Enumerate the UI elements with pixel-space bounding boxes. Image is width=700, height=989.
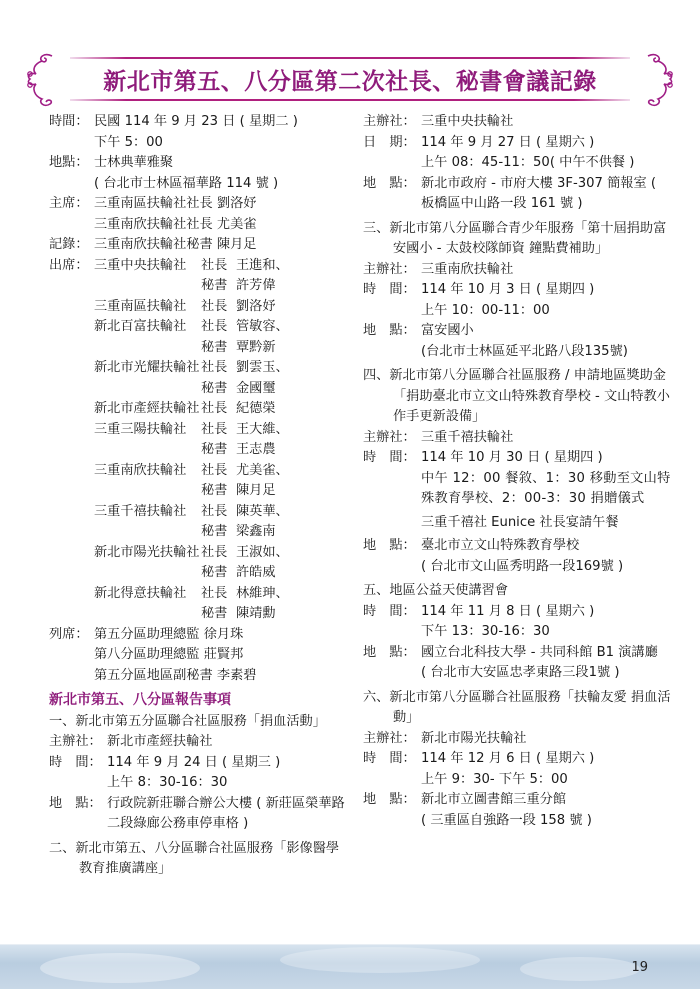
- attendee-name: 許皓威: [236, 563, 276, 584]
- attendee-role: 社長: [201, 399, 236, 420]
- field-value: 下午 13：30-16：30: [363, 622, 673, 643]
- field-value: 第八分區助理總監 莊賢邦: [49, 645, 349, 666]
- attendee-role: 社長: [201, 358, 236, 379]
- attendee-row: 新北百富扶輪社社長管敏容、: [49, 317, 349, 338]
- report-field: 地 點：行政院新莊聯合辦公大樓 ( 新莊區榮華路二段綠廊公務車停車格 ): [49, 794, 349, 835]
- field-value: 三重南欣扶輪社社長 尤美雀: [49, 215, 349, 236]
- attendee-row: 新北市陽光扶輪社社長王淑如、: [49, 543, 349, 564]
- footer-band: 19: [0, 944, 700, 989]
- attendee-role: 社長: [201, 420, 236, 441]
- report-field: 時 間：114 年 11 月 8 日 ( 星期六 ): [363, 602, 673, 623]
- attendee-club: [94, 276, 201, 297]
- field-value: 行政院新莊聯合辦公大樓 ( 新莊區榮華路二段綠廊公務車停車格 ): [107, 794, 349, 835]
- field-value: (台北市士林區延平北路八段135號): [363, 342, 673, 363]
- field-value: 上午 8：30-16：30: [49, 773, 349, 794]
- field-value: 114 年 9 月 24 日 ( 星期三 ): [107, 753, 349, 774]
- field-value: 三重中央扶輪社: [421, 112, 673, 133]
- report-field: 時 間：114 年 10 月 3 日 ( 星期四 ): [363, 280, 673, 301]
- field-label: 地 點：: [363, 643, 421, 664]
- attendee-row: 秘書陳靖勳: [49, 604, 349, 625]
- title-banner: 新北市第五、八分區第二次社長、秘書會議記錄: [22, 52, 678, 108]
- attendee-name: 陳靖勳: [236, 604, 276, 625]
- attendee-role: 秘書: [201, 276, 236, 297]
- field-label: 地 點：: [363, 536, 421, 557]
- attendee-club: 三重千禧扶輪社: [94, 502, 201, 523]
- field-value: 114 年 9 月 27 日 ( 星期六 ): [421, 133, 673, 154]
- attendees-list: 出席： 三重中央扶輪社 社長 王進和、 秘書許芳偉 三重南區扶輪社社長劉洛妤 新…: [49, 256, 349, 625]
- attendee-club: 新北得意扶輪社: [94, 584, 201, 605]
- meeting-observers: 列席： 第五分區助理總監 徐月珠: [49, 625, 349, 646]
- attendee-club: 新北百富扶輪社: [94, 317, 201, 338]
- report-item-title: 六、新北市第八分區聯合社區服務「扶輪友愛 捐血活動」: [363, 688, 673, 729]
- report-item-title: 五、地區公益天使講習會: [363, 581, 673, 602]
- attendee-row: 三重南欣扶輪社社長尤美雀、: [49, 461, 349, 482]
- attendee-row: 秘書王志農: [49, 440, 349, 461]
- attendee-name: 王志農: [236, 440, 276, 461]
- attendee-name: 劉洛妤: [236, 297, 276, 318]
- attendee-club: 三重南欣扶輪社: [94, 461, 201, 482]
- field-label: 時 間：: [363, 602, 421, 623]
- section-heading: 新北市第五、八分區報告事項: [49, 690, 349, 711]
- field-value: 三重南區扶輪社社長 劉洛妤: [94, 194, 349, 215]
- attendee-name: 覃黔新: [236, 338, 276, 359]
- attendee-club: [94, 338, 201, 359]
- field-value: 114 年 10 月 3 日 ( 星期四 ): [421, 280, 673, 301]
- field-label: 主辦社：: [363, 428, 421, 449]
- attendee-role: 社長: [201, 584, 236, 605]
- report-field: 日 期：114 年 9 月 27 日 ( 星期六 ): [363, 133, 673, 154]
- field-value: 三重南欣扶輪社: [421, 260, 673, 281]
- field-value: ( 三重區自強路一段 158 號 ): [363, 811, 673, 832]
- attendee-role: 社長: [201, 256, 236, 277]
- attendee-club: 三重南區扶輪社: [94, 297, 201, 318]
- attendee-row: 三重千禧扶輪社社長陳英華、: [49, 502, 349, 523]
- attendee-club: [94, 563, 201, 584]
- attendee-name: 王淑如、: [236, 543, 289, 564]
- attendee-row: 秘書覃黔新: [49, 338, 349, 359]
- attendee-name: 尤美雀、: [236, 461, 289, 482]
- attendee-club: [94, 440, 201, 461]
- field-label: 主辦社：: [363, 729, 421, 750]
- report-item-title: 二、新北市第五、八分區聯合社區服務「影像醫學教育推廣講座」: [49, 839, 349, 880]
- field-value: 富安國小: [421, 321, 673, 342]
- field-label: 時 間：: [363, 280, 421, 301]
- field-label: 主席：: [49, 194, 94, 215]
- field-label: 主辦社：: [363, 260, 421, 281]
- report-field: 時 間：114 年 10 月 30 日 ( 星期四 ): [363, 448, 673, 469]
- report-field: 地 點：新北市立圖書館三重分館: [363, 790, 673, 811]
- attendee-row: 秘書陳月足: [49, 481, 349, 502]
- field-label: 出席：: [49, 256, 94, 277]
- attendee-row: 三重三陽扶輪社社長王大維、: [49, 420, 349, 441]
- field-label: 時 間：: [363, 749, 421, 770]
- field-value: 114 年 12 月 6 日 ( 星期六 ): [421, 749, 673, 770]
- field-value: 上午 10：00-11：00: [363, 301, 673, 322]
- attendee-row: 秘書許皓威: [49, 563, 349, 584]
- report-field: 時 間：114 年 12 月 6 日 ( 星期六 ): [363, 749, 673, 770]
- report-field: 主辦社：三重南欣扶輪社: [363, 260, 673, 281]
- attendee-name: 王進和、: [236, 256, 289, 277]
- field-label: 時 間：: [49, 753, 107, 774]
- attendee-club: [94, 522, 201, 543]
- field-value: 第五分區地區副秘書 李素碧: [49, 666, 349, 687]
- field-label: 主辦社：: [363, 112, 421, 133]
- attendee-name: 金國璽: [236, 379, 276, 400]
- meeting-recorder: 記錄： 三重南欣扶輪社秘書 陳月足: [49, 235, 349, 256]
- field-value: 中午 12：00 餐敘、1：30 移動至文山特殊教育學校、2：00-3：30 捐…: [363, 469, 673, 510]
- field-label: 地 點：: [363, 790, 421, 811]
- attendee-club: [94, 604, 201, 625]
- field-value: 新北市政府 - 市府大樓 3F-307 簡報室 ( 板橋區中山路一段 161 號…: [421, 174, 673, 215]
- field-value: 三重千禧社 Eunice 社長宴請午餐: [363, 513, 673, 534]
- attendee-row: 秘書梁鑫南: [49, 522, 349, 543]
- field-label: 地 點：: [363, 321, 421, 342]
- field-label: 地 點：: [363, 174, 421, 215]
- field-label: 時間：: [49, 112, 94, 133]
- field-label: 時 間：: [363, 448, 421, 469]
- attendee-role: 秘書: [201, 379, 236, 400]
- attendee-role: 秘書: [201, 522, 236, 543]
- attendee-role: 社長: [201, 297, 236, 318]
- report-field: 地 點：新北市政府 - 市府大樓 3F-307 簡報室 ( 板橋區中山路一段 1…: [363, 174, 673, 215]
- report-field: 主辦社：三重中央扶輪社: [363, 112, 673, 133]
- attendee-club: 新北市產經扶輪社: [94, 399, 201, 420]
- field-value: 三重南欣扶輪社秘書 陳月足: [94, 235, 349, 256]
- attendee-row: 三重南區扶輪社社長劉洛妤: [49, 297, 349, 318]
- field-value: 新北市陽光扶輪社: [421, 729, 673, 750]
- field-label: 記錄：: [49, 235, 94, 256]
- attendee-role: 社長: [201, 502, 236, 523]
- field-value: 上午 9：30- 下午 5：00: [363, 770, 673, 791]
- attendee-club: [94, 379, 201, 400]
- report-field: 地 點：臺北市立文山特殊教育學校: [363, 536, 673, 557]
- field-value: 第五分區助理總監 徐月珠: [94, 625, 349, 646]
- attendee-row: 新北市產經扶輪社社長紀德榮: [49, 399, 349, 420]
- attendee-role: 社長: [201, 543, 236, 564]
- field-label: 日 期：: [363, 133, 421, 154]
- report-field: 地 點：富安國小: [363, 321, 673, 342]
- attendee-club: 新北市陽光扶輪社: [94, 543, 201, 564]
- attendee-name: 許芳偉: [236, 276, 276, 297]
- field-value: 民國 114 年 9 月 23 日 ( 星期二 ): [94, 112, 349, 133]
- attendee-club: [94, 481, 201, 502]
- attendee-row: 秘書許芳偉: [49, 276, 349, 297]
- title-rule-bottom: [70, 99, 630, 101]
- attendee-role: 秘書: [201, 481, 236, 502]
- attendee-name: 紀德榮: [236, 399, 276, 420]
- page-number: 19: [631, 960, 648, 975]
- meeting-chair: 主席： 三重南區扶輪社社長 劉洛妤: [49, 194, 349, 215]
- report-field: 主辦社：新北市陽光扶輪社: [363, 729, 673, 750]
- page-title: 新北市第五、八分區第二次社長、秘書會議記錄: [22, 63, 678, 96]
- report-field: 地 點：國立台北科技大學 - 共同科館 B1 演講廳: [363, 643, 673, 664]
- field-label: 主辦社：: [49, 732, 107, 753]
- meeting-time: 時間： 民國 114 年 9 月 23 日 ( 星期二 ): [49, 112, 349, 133]
- attendee-role: 秘書: [201, 563, 236, 584]
- attendee-row: 新北市光耀扶輪社社長劉雲玉、: [49, 358, 349, 379]
- field-value: 士林典華雅聚: [94, 153, 349, 174]
- field-value: 臺北市立文山特殊教育學校: [421, 536, 673, 557]
- attendee-row: 新北得意扶輪社社長林維珅、: [49, 584, 349, 605]
- attendee-role: 社長: [201, 461, 236, 482]
- attendee-row: 出席： 三重中央扶輪社 社長 王進和、: [49, 256, 349, 277]
- attendee-role: 秘書: [201, 440, 236, 461]
- left-column: 時間： 民國 114 年 9 月 23 日 ( 星期二 ) 下午 5：00 地點…: [49, 112, 349, 880]
- attendee-role: 秘書: [201, 338, 236, 359]
- field-value: 新北市產經扶輪社: [107, 732, 349, 753]
- attendee-name: 梁鑫南: [236, 522, 276, 543]
- attendee-club: 三重中央扶輪社: [94, 256, 201, 277]
- field-label: 地點：: [49, 153, 94, 174]
- meeting-place: 地點： 士林典華雅聚: [49, 153, 349, 174]
- field-value: ( 台北市士林區福華路 114 號 ): [49, 174, 349, 195]
- attendee-club: 新北市光耀扶輪社: [94, 358, 201, 379]
- field-value: 上午 08：45-11：50( 中午不供餐 ): [363, 153, 673, 174]
- field-value: 114 年 11 月 8 日 ( 星期六 ): [421, 602, 673, 623]
- field-value: ( 台北市文山區秀明路一段169號 ): [363, 557, 673, 578]
- title-rule-top: [70, 57, 630, 59]
- attendee-club: 三重三陽扶輪社: [94, 420, 201, 441]
- report-field: 主辦社：三重千禧扶輪社: [363, 428, 673, 449]
- attendee-name: 陳月足: [236, 481, 276, 502]
- attendee-name: 陳英華、: [236, 502, 289, 523]
- report-field: 時 間：114 年 9 月 24 日 ( 星期三 ): [49, 753, 349, 774]
- field-value: 國立台北科技大學 - 共同科館 B1 演講廳: [421, 643, 673, 664]
- field-value: 三重千禧扶輪社: [421, 428, 673, 449]
- field-value: 114 年 10 月 30 日 ( 星期四 ): [421, 448, 673, 469]
- report-field: 主辦社：新北市產經扶輪社: [49, 732, 349, 753]
- attendee-role: 秘書: [201, 604, 236, 625]
- attendee-name: 林維珅、: [236, 584, 289, 605]
- scroll-ornament-icon: [642, 52, 678, 108]
- report-item-title: 三、新北市第八分區聯合青少年服務「第十屆捐助富安國小 - 太鼓校隊師資 鐘點費補…: [363, 219, 673, 260]
- attendee-name: 管敏容、: [236, 317, 289, 338]
- field-label: 列席：: [49, 625, 94, 646]
- field-value: 新北市立圖書館三重分館: [421, 790, 673, 811]
- right-column: 主辦社：三重中央扶輪社 日 期：114 年 9 月 27 日 ( 星期六 ) 上…: [363, 112, 673, 831]
- attendee-row: 秘書金國璽: [49, 379, 349, 400]
- report-item-title: 四、新北市第八分區聯合社區服務 / 申請地區獎助金「捐助臺北市立文山特殊教育學校…: [363, 366, 673, 428]
- field-value: 下午 5：00: [49, 133, 349, 154]
- field-value: ( 台北市大安區忠孝東路三段1號 ): [363, 663, 673, 684]
- attendee-role: 社長: [201, 317, 236, 338]
- attendee-name: 劉雲玉、: [236, 358, 289, 379]
- field-label: 地 點：: [49, 794, 107, 835]
- attendee-name: 王大維、: [236, 420, 289, 441]
- report-item-title: 一、新北市第五分區聯合社區服務「捐血活動」: [49, 712, 349, 733]
